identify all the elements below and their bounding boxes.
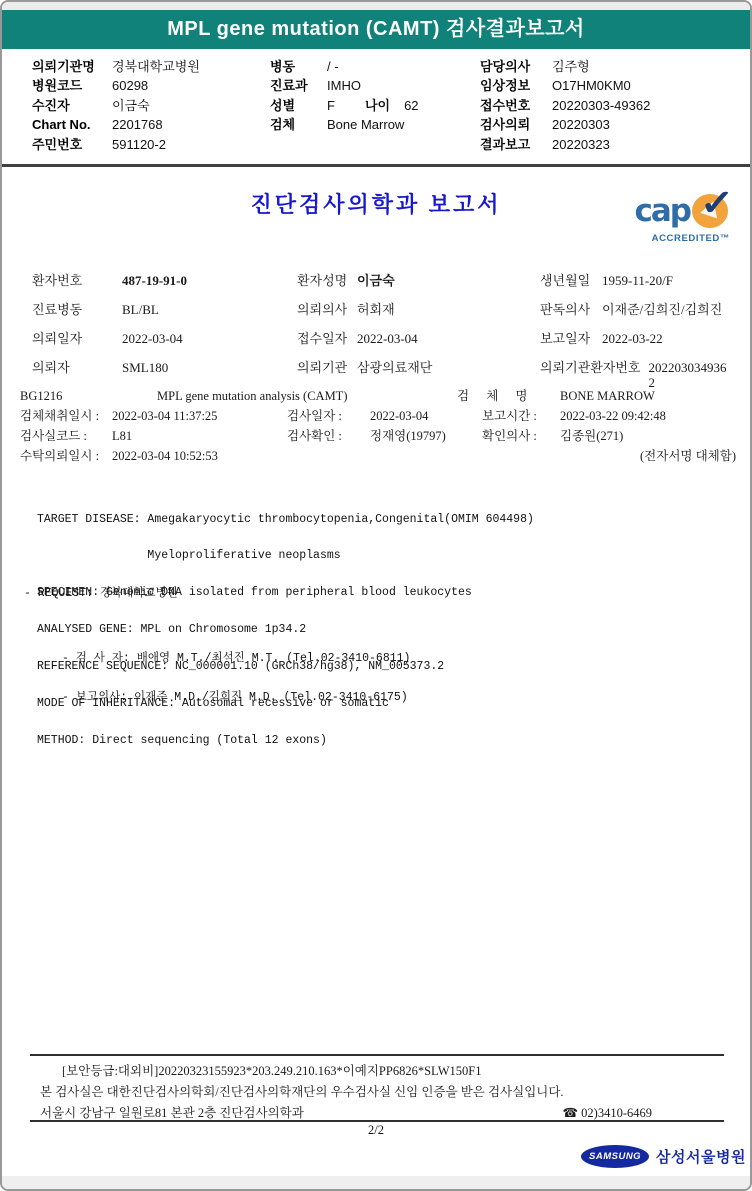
verify-label: 검사확인 : [287, 426, 370, 446]
test-info-block: BG1216 MPL gene mutation analysis (CAMT)… [2, 386, 750, 466]
lab-report-page: MPL gene mutation (CAMT) 검사결과보고서 의뢰기관명경북… [0, 0, 752, 1191]
top-window-strip [2, 2, 750, 10]
reading-doctor-label: 판독의사 [540, 302, 602, 318]
verify-value: 정재영(19797) [370, 429, 446, 443]
field-value: 591120-2 [112, 137, 166, 152]
order-date-label: 의뢰일자 [32, 331, 122, 347]
patient-no-label: 환자번호 [32, 273, 122, 289]
field-attending-doctor: 담당의사김주형 [480, 57, 650, 76]
field-accession-no: 접수번호20220303-49362 [480, 96, 650, 115]
phone-icon: ☎ [562, 1106, 578, 1120]
field-sex-age: 성별F나이62 [270, 96, 419, 115]
header-divider [2, 164, 750, 167]
field-value: 2201768 [112, 117, 163, 132]
esignature-note: (전자서명 대체함) [640, 446, 750, 466]
test-date-label: 검사일자 : [287, 406, 370, 426]
field-label: 의뢰기관명 [32, 57, 112, 76]
bottom-window-strip [2, 1176, 750, 1189]
specimen-name-value: BONE MARROW [560, 386, 655, 406]
collected-value: 2022-03-04 11:37:25 [112, 409, 217, 423]
field-resident-no: 주민번호591120-2 [32, 135, 200, 154]
field-value: O17HM0KM0 [552, 78, 631, 93]
cap-accredited-label: ACCREDITED™ [624, 233, 734, 244]
field-request-date: 검사의뢰20220303 [480, 115, 650, 134]
reporting-doctor-line: - 보고의사: 이재준 M.D./김희진 M.D. (Tel.02-3410-6… [62, 691, 410, 704]
security-classification-line: [보안등급:대외비]20220323155923*203.249.210.163… [62, 1061, 712, 1082]
field-label: 주민번호 [32, 135, 112, 154]
field-label: 접수번호 [480, 96, 552, 115]
field-label: 검체 [270, 115, 327, 134]
phone-number: 02)3410-6469 [581, 1106, 652, 1120]
field-chart-no: Chart No.2201768 [32, 115, 200, 134]
patient-name-label: 환자성명 [297, 273, 357, 289]
field-label: 담당의사 [480, 57, 552, 76]
field-department: 진료과IMHO [270, 76, 419, 95]
field-examinee: 수진자이금숙 [32, 96, 200, 115]
confirm-doctor-label: 확인의사 : [482, 426, 560, 446]
result-line: METHOD: Direct sequencing (Total 12 exon… [37, 735, 534, 747]
lab-address: 서울시 강남구 일원로81 본관 2층 진단검사의학과 [40, 1103, 304, 1124]
collected-label: 검체채취일시 : [20, 406, 112, 426]
field-ward: 병동/ - [270, 57, 419, 76]
test-row: 검체채취일시 :2022-03-04 11:37:25 검사일자 :2022-0… [2, 406, 750, 426]
field-value: 경북대학교병원 [112, 59, 200, 74]
field-value: IMHO [327, 78, 361, 93]
confirm-doctor-value: 김종원(271) [560, 429, 623, 443]
header-column-left: 의뢰기관명경북대학교병원 병원코드60298 수진자이금숙 Chart No.2… [32, 57, 200, 154]
field-age-label: 나이 [365, 98, 390, 113]
field-requesting-org: 의뢰기관명경북대학교병원 [32, 57, 200, 76]
tester-line: - 검 사 자: 배애영 M.T./최석진 M.T. (Tel.02-3410-… [62, 652, 410, 665]
entrust-date-value: 2022-03-04 10:52:53 [112, 449, 218, 463]
report-banner: MPL gene mutation (CAMT) 검사결과보고서 [2, 10, 750, 49]
field-report-date: 결과보고20220323 [480, 135, 650, 154]
field-value: 20220303-49362 [552, 98, 650, 113]
accreditation-notice: 본 검사실은 대한진단검사의학회/진단검사의학재단의 우수검사실 신임 인증을 … [40, 1082, 712, 1103]
hospital-name: 삼성서울병원 [656, 1146, 746, 1167]
test-date-value: 2022-03-04 [370, 409, 428, 423]
field-label: 결과보고 [480, 135, 552, 154]
test-name: MPL gene mutation analysis (CAMT) [157, 386, 457, 406]
cap-logo-word: cap [635, 192, 691, 230]
field-value: 20220303 [552, 117, 610, 132]
ordering-doctor-label: 의뢰의사 [297, 302, 357, 318]
lab-code-value: L81 [112, 429, 132, 443]
receipt-date-value: 2022-03-04 [357, 331, 540, 347]
footer-box: [보안등급:대외비]20220323155923*203.249.210.163… [30, 1054, 724, 1122]
lab-code-label: 검사실코드 : [20, 426, 112, 446]
report-time-value: 2022-03-22 09:42:48 [560, 409, 666, 423]
field-value: Bone Marrow [327, 117, 404, 132]
result-line: TARGET DISEASE: Amegakaryocytic thromboc… [37, 514, 534, 526]
address-row: 서울시 강남구 일원로81 본관 2층 진단검사의학과 ☎ 02)3410-64… [40, 1103, 712, 1124]
test-code: BG1216 [20, 386, 157, 406]
receipt-date-label: 접수일자 [297, 331, 357, 347]
patient-row: 의뢰일자2022-03-04 접수일자2022-03-04 보고일자2022-0… [32, 331, 744, 347]
field-label: 수진자 [32, 96, 112, 115]
header-column-middle: 병동/ - 진료과IMHO 성별F나이62 검체Bone Marrow [270, 57, 419, 135]
header-info: 의뢰기관명경북대학교병원 병원코드60298 수진자이금숙 Chart No.2… [2, 57, 750, 162]
test-row: 검사실코드 :L81 검사확인 :정재영(19797) 확인의사 :김종원(27… [2, 426, 750, 446]
field-hospital-code: 병원코드60298 [32, 76, 200, 95]
request-org-line: - REQUEST: 경북대학교병원 [24, 584, 178, 600]
reading-doctor-value: 이재준/김희진/김희진 [602, 302, 744, 318]
patient-row: 환자번호487-19-91-0 환자성명이금숙 생년월일1959-11-20/F [32, 273, 744, 289]
report-date-value: 2022-03-22 [602, 331, 744, 347]
field-clinical-info: 임상정보O17HM0KM0 [480, 76, 650, 95]
birthdate-label: 생년월일 [540, 273, 602, 289]
field-value: 이금숙 [112, 98, 150, 113]
field-age-value: 62 [404, 98, 418, 113]
cap-accredited-logo: cap ✓ ACCREDITED™ [624, 192, 734, 244]
field-label: 성별 [270, 96, 327, 115]
report-date-label: 보고일자 [540, 331, 602, 347]
order-date-value: 2022-03-04 [122, 331, 297, 347]
patient-row: 진료병동BL/BL 의뢰의사허회재 판독의사이재준/김희진/김희진 [32, 302, 744, 318]
header-column-right: 담당의사김주형 임상정보O17HM0KM0 접수번호20220303-49362… [480, 57, 650, 154]
entrust-date-label: 수탁의뢰일시 : [20, 446, 112, 466]
patient-info-table: 환자번호487-19-91-0 환자성명이금숙 생년월일1959-11-20/F… [32, 273, 744, 403]
samsung-logo: SAMSUNG [581, 1145, 649, 1168]
checkmark-icon: ✓ [700, 182, 735, 224]
field-value: / - [327, 59, 339, 74]
field-value: 김주형 [552, 59, 590, 74]
page-number: 2/2 [2, 1123, 750, 1138]
field-value: 20220323 [552, 137, 610, 152]
specimen-name-label: 검 체 명 [457, 386, 560, 406]
ward-label: 진료병동 [32, 302, 122, 318]
patient-no-value: 487-19-91-0 [122, 273, 297, 289]
test-row: 수탁의뢰일시 :2022-03-04 10:52:53 (전자서명 대체함) [2, 446, 750, 466]
result-line: Myeloproliferative neoplasms [37, 550, 534, 562]
field-label: Chart No. [32, 115, 112, 134]
ordering-doctor-value: 허회재 [357, 302, 540, 318]
field-label: 진료과 [270, 76, 327, 95]
hospital-brand: SAMSUNG 삼성서울병원 [581, 1145, 746, 1168]
field-value: F [327, 98, 335, 113]
field-label: 병동 [270, 57, 327, 76]
report-banner-title: MPL gene mutation (CAMT) 검사결과보고서 [167, 18, 585, 40]
ward-value: BL/BL [122, 302, 297, 318]
request-staff-block: - 검 사 자: 배애영 M.T./최석진 M.T. (Tel.02-3410-… [62, 626, 410, 730]
field-label: 병원코드 [32, 76, 112, 95]
field-value: 60298 [112, 78, 148, 93]
test-title-row: BG1216 MPL gene mutation analysis (CAMT)… [2, 386, 750, 406]
report-time-label: 보고시간 : [482, 406, 560, 426]
cap-logo-mark: cap ✓ [624, 192, 734, 232]
field-specimen: 검체Bone Marrow [270, 115, 419, 134]
birthdate-value: 1959-11-20/F [602, 273, 744, 289]
field-label: 임상정보 [480, 76, 552, 95]
patient-name-value: 이금숙 [357, 273, 540, 289]
field-label: 검사의뢰 [480, 115, 552, 134]
